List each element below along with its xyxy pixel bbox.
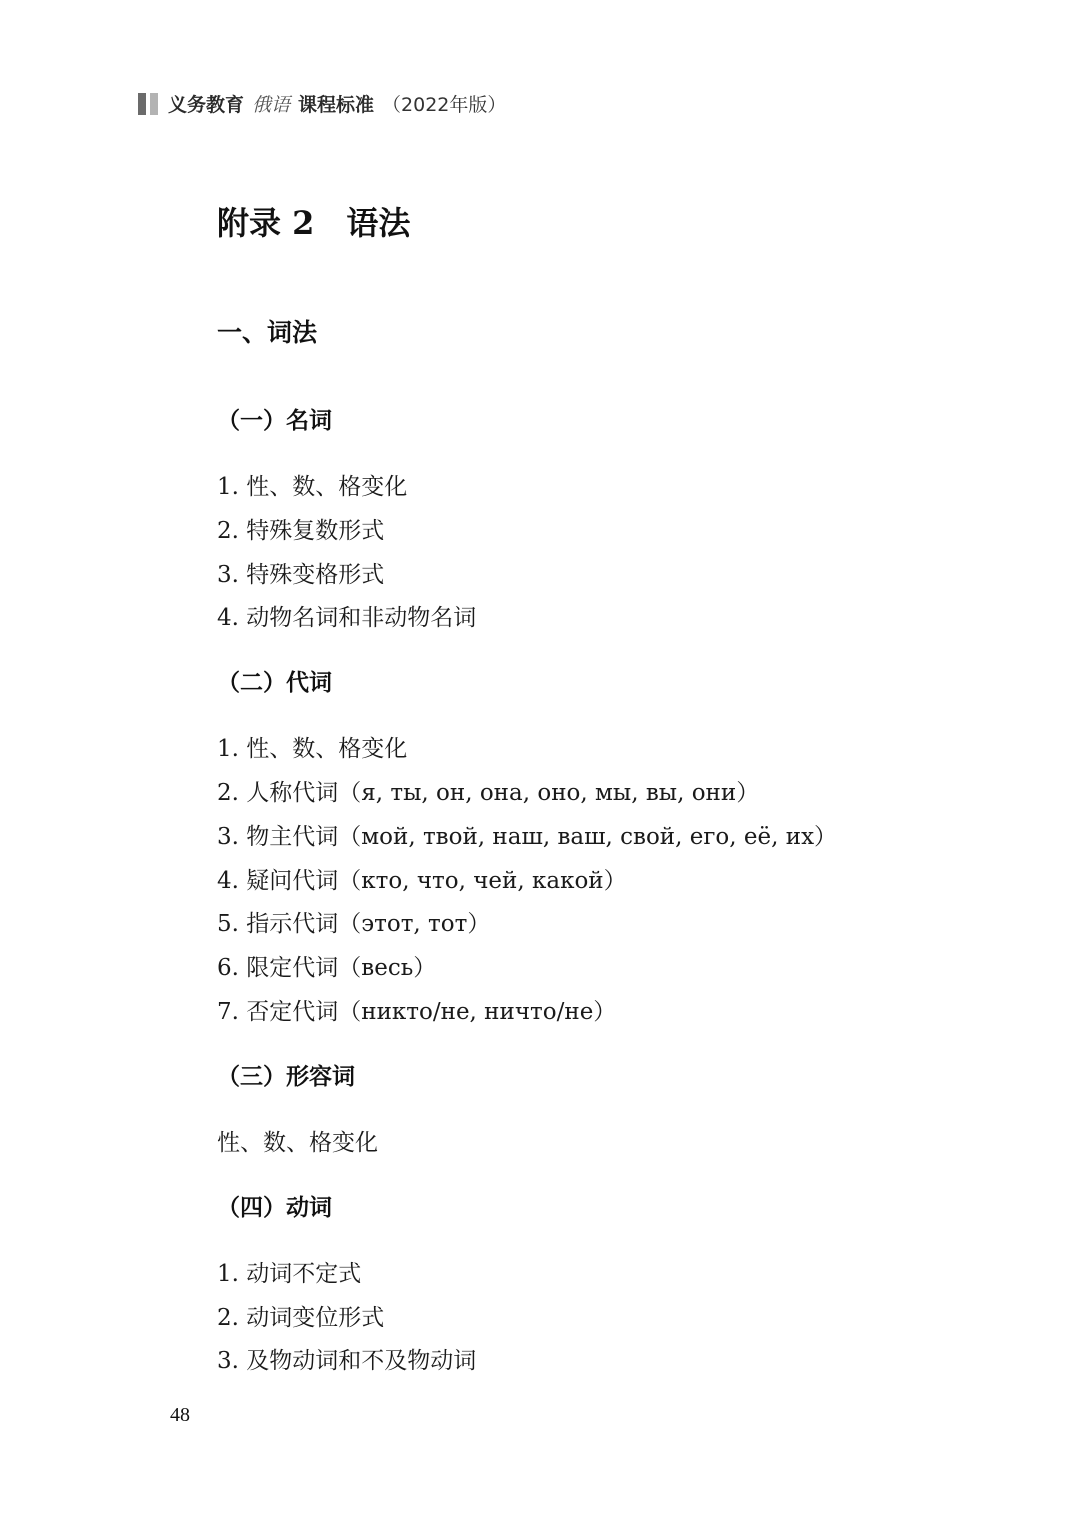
- list-item: 3. 物主代词（мой, твой, наш, ваш, свой, его, …: [217, 818, 837, 851]
- subsection-title-verbs: （四）动词: [217, 1189, 332, 1222]
- list-item: 4. 疑问代词（кто, что, чей, какой）: [217, 862, 627, 895]
- list-item: 4. 动物名词和非动物名词: [217, 599, 476, 632]
- header-bars-icon: [138, 93, 158, 115]
- list-item: 2. 动词变位形式: [217, 1299, 384, 1332]
- list-item: 1. 性、数、格变化: [217, 730, 407, 763]
- subsection-title-pronouns: （二）代词: [217, 664, 332, 697]
- list-item: 5. 指示代词（этот, тот）: [217, 905, 490, 938]
- subsection-title-adjectives: （三）形容词: [217, 1058, 355, 1091]
- page-number: 48: [170, 1404, 190, 1427]
- list-item: 7. 否定代词（никто/не, ничто/не）: [217, 993, 616, 1026]
- header-series: 义务教育: [168, 90, 244, 117]
- header-standard: 课程标准: [298, 90, 374, 117]
- header-bar-dark: [138, 93, 146, 115]
- header-bar-light: [150, 93, 158, 115]
- running-header: 义务教育 俄语 课程标准 （2022年版）: [138, 90, 506, 117]
- header-subject: 俄语: [252, 90, 290, 117]
- header-edition: （2022年版）: [382, 90, 506, 117]
- appendix-title: 附录 2 语法: [217, 198, 410, 244]
- list-item: 性、数、格变化: [217, 1124, 378, 1157]
- list-item: 6. 限定代词（весь）: [217, 949, 436, 982]
- subsection-title-nouns: （一）名词: [217, 402, 332, 435]
- section-title: 一、词法: [217, 313, 317, 349]
- list-item: 3. 特殊变格形式: [217, 556, 384, 589]
- list-item: 1. 性、数、格变化: [217, 468, 407, 501]
- list-item: 2. 人称代词（я, ты, он, она, оно, мы, вы, они…: [217, 774, 759, 807]
- list-item: 2. 特殊复数形式: [217, 512, 384, 545]
- list-item: 3. 及物动词和不及物动词: [217, 1342, 476, 1375]
- list-item: 1. 动词不定式: [217, 1255, 361, 1288]
